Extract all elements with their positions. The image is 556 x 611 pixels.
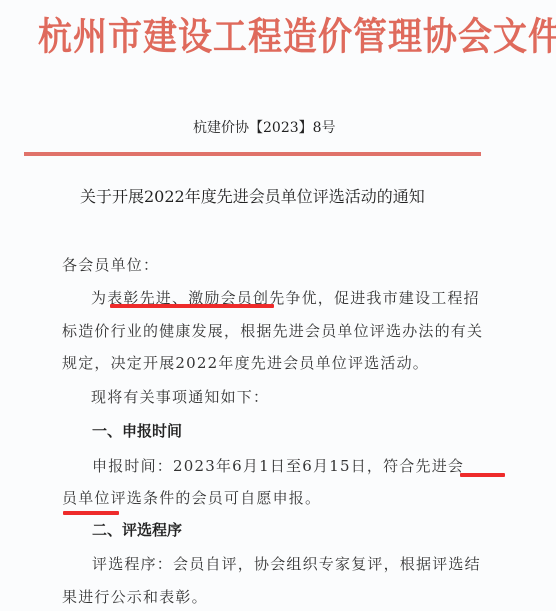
annotation-underline — [63, 511, 119, 515]
section2-line1: 评选程序：会员自评，协会组织专家复评，根据评选结 — [92, 553, 481, 574]
paragraph1-line3: 规定，决定开展2022年度先进会员单位评选活动。 — [62, 352, 429, 373]
annotation-underline — [110, 304, 274, 308]
intro-text: 现将有关事项通知如下： — [91, 386, 269, 407]
masthead-title: 杭州市建设工程造价管理协会文件 — [38, 6, 556, 61]
red-separator-line — [24, 152, 481, 156]
section1-line1: 申报时间：2023年6月1日至6月15日，符合先进会 — [92, 455, 464, 476]
annotation-underline — [460, 473, 505, 477]
salutation: 各会员单位： — [62, 254, 159, 275]
section2-heading: 二、评选程序 — [92, 519, 182, 540]
paragraph1-line2: 标造价行业的健康发展，根据先进会员单位评选办法的有关 — [62, 320, 483, 341]
section1-heading: 一、申报时间 — [92, 420, 182, 441]
section1-line2: 员单位评选条件的会员可自愿申报。 — [62, 487, 321, 508]
document-number: 杭建价协【2023】8号 — [193, 117, 336, 137]
notice-title: 关于开展2022年度先进会员单位评选活动的通知 — [80, 184, 425, 207]
section2-line2: 果进行公示和表彰。 — [62, 586, 208, 607]
